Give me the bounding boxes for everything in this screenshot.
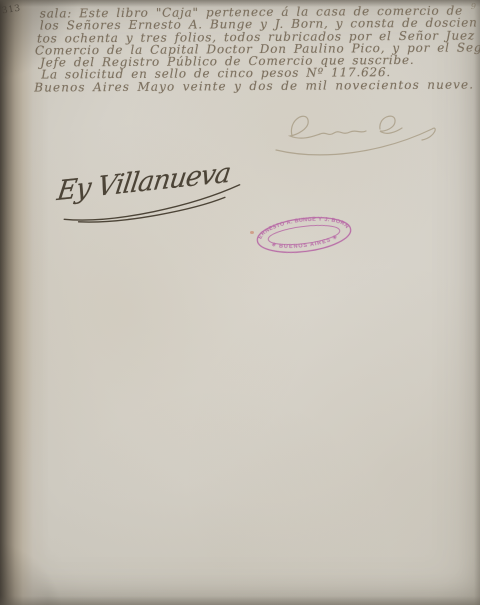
- company-stamp: ERNESTO A. BUNGE Y J. BORN ✳ BUENOS AIRE…: [240, 202, 367, 268]
- manuscript-text-block: sala: Este libro "Caja" pertenece á la c…: [40, 4, 473, 93]
- registrar-signature: Ey Villanueva: [50, 154, 255, 233]
- stamp-bottom-text: ✳ BUENOS AIRES ✳: [270, 233, 340, 253]
- signature-flourish: [50, 154, 255, 233]
- judge-signature: [262, 103, 447, 163]
- manuscript-line: Buenos Aires Mayo veinte y dos de mil no…: [34, 78, 472, 93]
- scanned-document-page: 313 9 sala: Este libro "Caja" pertenece …: [0, 0, 480, 605]
